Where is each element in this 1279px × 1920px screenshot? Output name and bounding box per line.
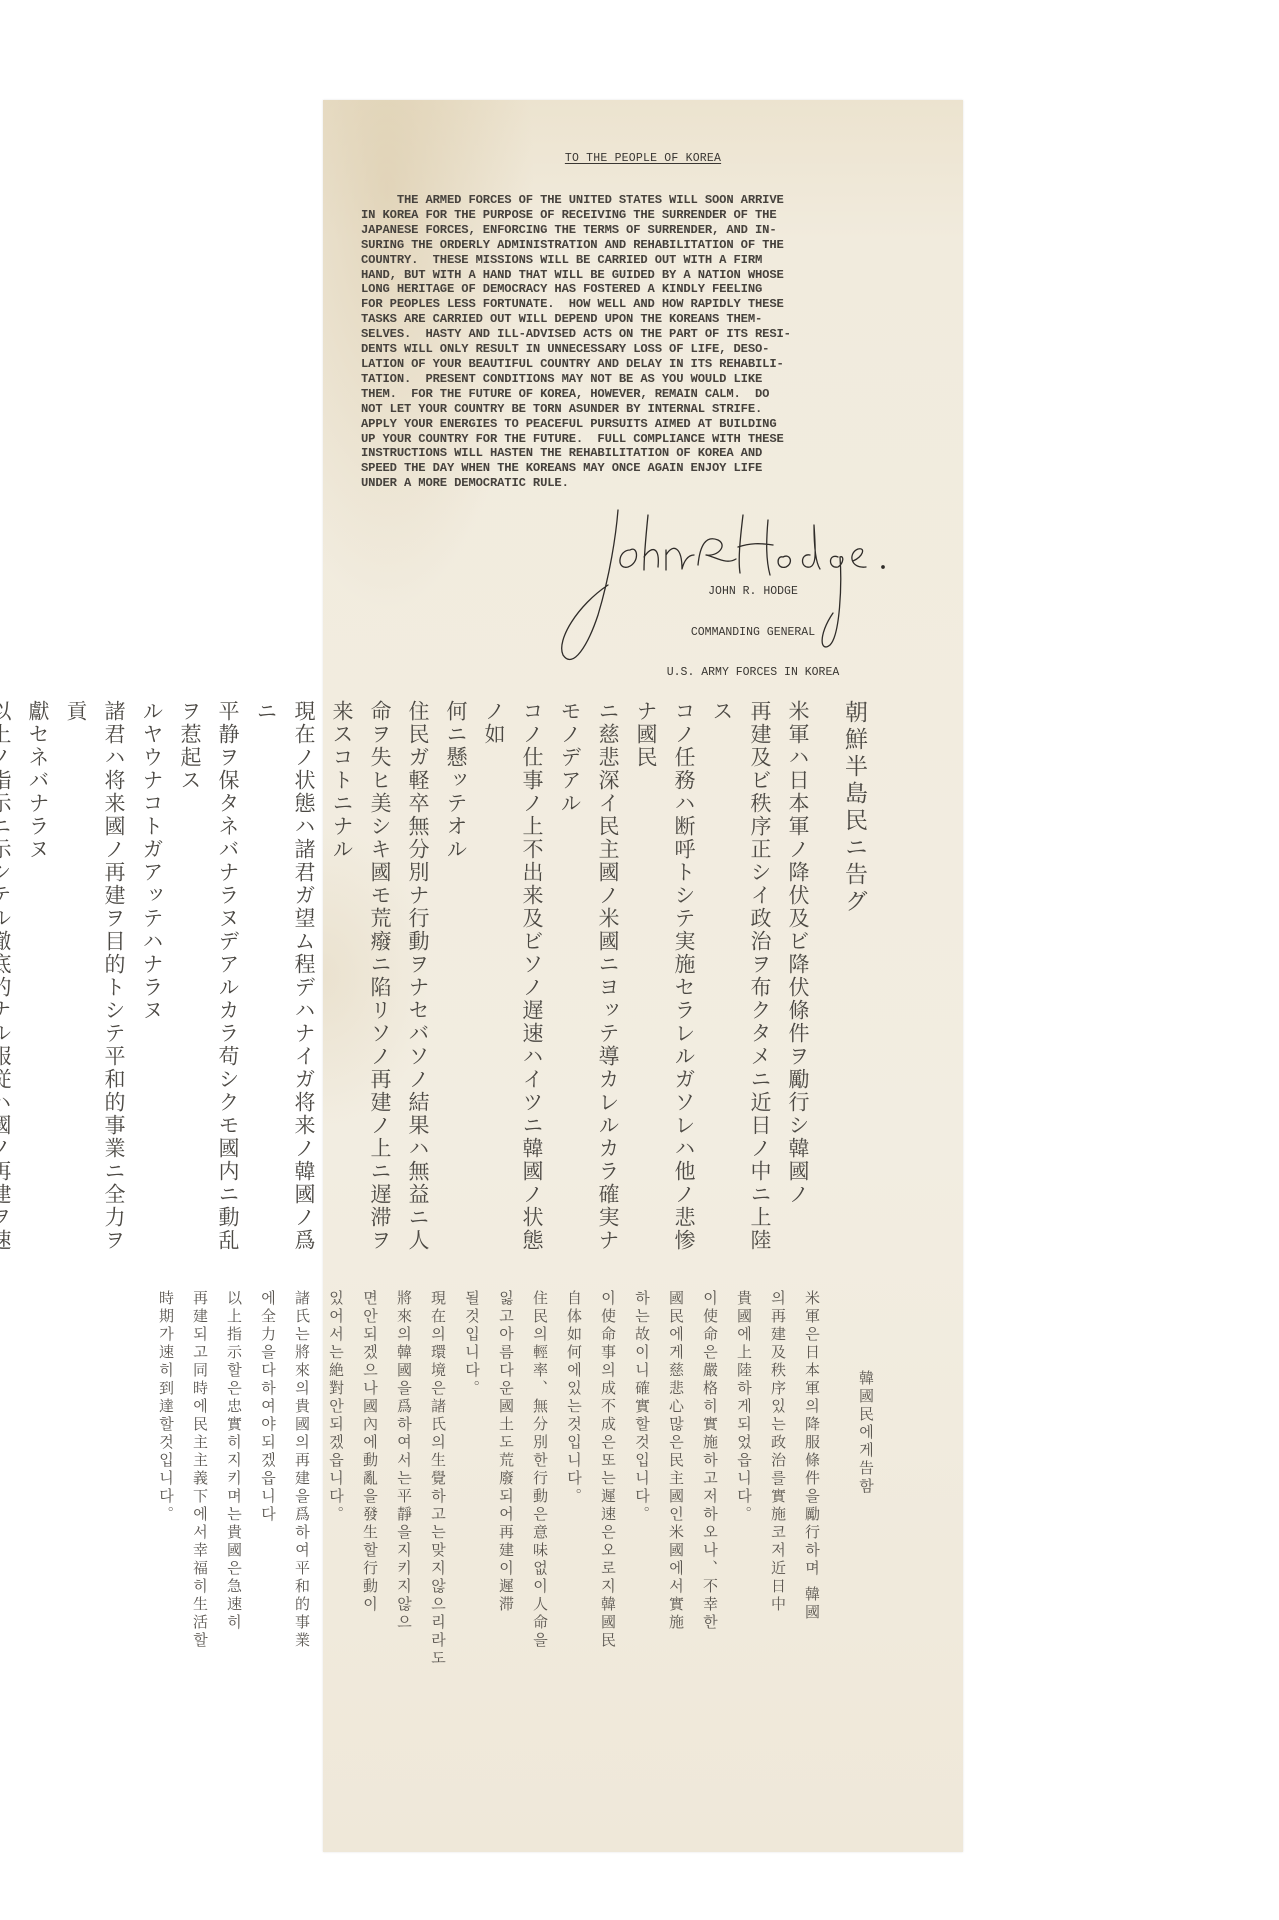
japanese-column: コノ仕事ノ上不出来及ビソノ遅速ハイツニ韓國ノ状態ノ如	[475, 700, 551, 1260]
korean-column: 現在의環境은諸氏의生覺하고는맞지않으리라도	[421, 1290, 455, 1850]
body-line: HAND, BUT WITH A HAND THAT WILL BE GUIDE…	[361, 268, 921, 283]
body-line: THE ARMED FORCES OF THE UNITED STATES WI…	[361, 193, 921, 208]
japanese-column: 米軍ハ日本軍ノ降伏及ビ降伏條件ヲ勵行シ韓國ノ	[779, 700, 817, 1260]
japanese-column: 諸君ハ将来國ノ再建ヲ目的トシテ平和的事業ニ全力ヲ貢	[57, 700, 133, 1260]
proclamation-paper: TO THE PEOPLE OF KOREA THE ARMED FORCES …	[323, 100, 963, 1852]
body-line: SELVES. HASTY AND ILL-ADVISED ACTS ON TH…	[361, 327, 921, 342]
body-line: TASKS ARE CARRIED OUT WILL DEPEND UPON T…	[361, 312, 921, 327]
korean-column: 貴國에上陸하게되었읍니다。	[727, 1290, 761, 1850]
body-line: UNDER A MORE DEMOCRATIC RULE.	[361, 476, 921, 491]
japanese-translation: 朝鮮半島民ニ告グ 米軍ハ日本軍ノ降伏及ビ降伏條件ヲ勵行シ韓國ノ再建及ビ秩序正シイ…	[0, 700, 873, 1260]
japanese-column: 住民ガ軽卒無分別ナ行動ヲナセバソノ結果ハ無益ニ人	[399, 700, 437, 1260]
signatory-unit: U.S. ARMY FORCES IN KOREA	[623, 666, 883, 680]
korean-column: 될것입니다。	[455, 1290, 489, 1850]
japanese-column: コノ任務ハ断呼トシテ実施セラレルガソレハ他ノ悲惨ナ國民	[627, 700, 703, 1260]
signatory-block: JOHN R. HODGE COMMANDING GENERAL U.S. AR…	[623, 558, 883, 707]
korean-column: 의再建及秩序있는政治를實施코저近日中	[761, 1290, 795, 1850]
japanese-column: 獻セネバナラヌ	[19, 700, 57, 1260]
korean-column: 하는故이니確實할것입니다。	[625, 1290, 659, 1850]
japanese-column: 命ヲ失ヒ美シキ國モ荒癈ニ陷リソノ再建ノ上ニ遅滞ヲ	[361, 700, 399, 1260]
body-line: COUNTRY. THESE MISSIONS WILL BE CARRIED …	[361, 253, 921, 268]
japanese-column: 何ニ懸ッテオル	[437, 700, 475, 1260]
korean-column: 國民에게慈悲心많은民主國인米國에서實施	[659, 1290, 693, 1850]
korean-heading: 韓國民에게告함	[849, 1290, 883, 1850]
japanese-column: 以上ノ指示ニ示シテル徹底的ナル服従ハ國ノ再建ヲ速メ又民主	[0, 700, 19, 1260]
korean-translation: 韓國民에게告함 米軍은日本軍의降服條件을勵行하며 韓國의再建及秩序있는政治를實施…	[149, 1290, 883, 1850]
body-line: APPLY YOUR ENERGIES TO PEACEFUL PURSUITS…	[361, 417, 921, 432]
korean-column: 이使命은嚴格히實施하고저하오나、不幸한	[693, 1290, 727, 1850]
korean-column: 면안되겠으나國內에動亂을發生할行動이	[353, 1290, 387, 1850]
english-proclamation-body: THE ARMED FORCES OF THE UNITED STATES WI…	[361, 193, 921, 491]
body-line: FOR PEOPLES LESS FORTUNATE. HOW WELL AND…	[361, 297, 921, 312]
body-line: SPEED THE DAY WHEN THE KOREANS MAY ONCE …	[361, 461, 921, 476]
body-line: JAPANESE FORCES, ENFORCING THE TERMS OF …	[361, 223, 921, 238]
korean-column: 米軍은日本軍의降服條件을勵行하며 韓國	[795, 1290, 829, 1850]
korean-column: 自体如何에있는것입니다。	[557, 1290, 591, 1850]
japanese-heading: 朝鮮半島民ニ告グ	[835, 700, 873, 1260]
body-line: IN KOREA FOR THE PURPOSE OF RECEIVING TH…	[361, 208, 921, 223]
body-line: LATION OF YOUR BEAUTIFUL COUNTRY AND DEL…	[361, 357, 921, 372]
korean-column: 諸氏는將來의貴國의再建을爲하여平和的事業	[285, 1290, 319, 1850]
korean-column: 將來의韓國을爲하여서는平靜을지키지않으	[387, 1290, 421, 1850]
japanese-column: 平静ヲ保タネバナラヌデアルカラ苟シクモ國内ニ動乱ヲ惹起ス	[171, 700, 247, 1260]
body-line: TATION. PRESENT CONDITIONS MAY NOT BE AS…	[361, 372, 921, 387]
body-line: SURING THE ORDERLY ADMINISTRATION AND RE…	[361, 238, 921, 253]
signatory-name: JOHN R. HODGE	[623, 585, 883, 599]
body-line: NOT LET YOUR COUNTRY BE TORN ASUNDER BY …	[361, 402, 921, 417]
body-line: DENTS WILL ONLY RESULT IN UNNECESSARY LO…	[361, 342, 921, 357]
japanese-column: 来スコトニナル	[323, 700, 361, 1260]
document-title: TO THE PEOPLE OF KOREA	[323, 152, 963, 165]
body-line: THEM. FOR THE FUTURE OF KOREA, HOWEVER, …	[361, 387, 921, 402]
korean-column: 再建되고同時에民主主義下에서幸福히生活할	[183, 1290, 217, 1850]
body-line: UP YOUR COUNTRY FOR THE FUTURE. FULL COM…	[361, 432, 921, 447]
korean-column: 있어서는絶對안되겠읍니다。	[319, 1290, 353, 1850]
korean-column: 以上指示할은忠實히지키며는貴國은急速히	[217, 1290, 251, 1850]
korean-column: 에全力을다하여야되겠읍니다	[251, 1290, 285, 1850]
japanese-column: ニ慈悲深イ民主國ノ米國ニヨッテ導カレルカラ確実ナモノデアル	[551, 700, 627, 1260]
japanese-column: ルヤウナコトガアッテハナラヌ	[133, 700, 171, 1260]
body-line: LONG HERITAGE OF DEMOCRACY HAS FOSTERED …	[361, 282, 921, 297]
korean-column: 이使命事의成不成은또는遲速은오로지韓國民	[591, 1290, 625, 1850]
body-line: INSTRUCTIONS WILL HASTEN THE REHABILITAT…	[361, 446, 921, 461]
signatory-rank: COMMANDING GENERAL	[623, 626, 883, 640]
korean-column: 時期가速히到達할것입니다。	[149, 1290, 183, 1850]
korean-column: 住民의輕率、無分別한行動은意味없이人命을	[523, 1290, 557, 1850]
japanese-column: 再建及ビ秩序正シイ政治ヲ布クタメニ近日ノ中ニ上陸ス	[703, 700, 779, 1260]
korean-column: 잃고아름다운國土도荒廢되어再建이遲滞	[489, 1290, 523, 1850]
japanese-column: 現在ノ状態ハ諸君ガ望ム程デハナイガ将来ノ韓國ノ爲ニ	[247, 700, 323, 1260]
